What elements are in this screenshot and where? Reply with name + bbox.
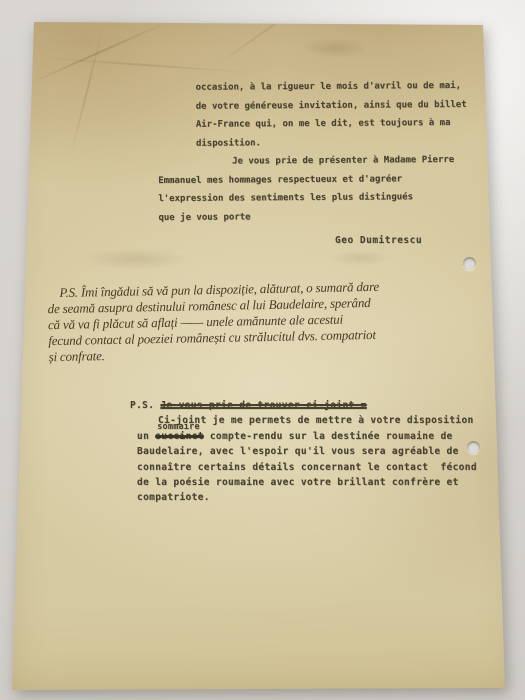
letter-page-wrap: occasion, à la rigueur le mois d'avril o… [0,0,525,700]
body-line: Air-France qui, on me le dit, est toujou… [150,114,467,135]
typed-correction: succinctsommaire [155,429,204,444]
crease-mark [25,20,172,87]
typed-letter-body: occasion, à la rigueur le mois d'avril o… [149,77,467,227]
punch-hole [463,257,476,270]
ps-line: un succinctsommaire compte-rendu sur la … [130,429,477,444]
pencil-smudge [300,38,370,58]
typed-postscript: P.S. Je vous prie de trouver ci-joint = … [130,398,477,506]
ps-label: P.S. [130,400,160,411]
ps-line-fragment: un [137,431,155,442]
pencil-smudge [330,250,390,266]
correction-word: sommaire [157,420,200,435]
ps-heading-line: P.S. Je vous prie de trouver ci-joint = [130,398,477,413]
struck-out-text: Je vous prie de trouver ci-joint = [160,400,366,411]
handwritten-postscript: P.S. Îmi îngădui să vă pun la dispoziție… [47,277,488,365]
signature-name: Geo Dumitrescu [335,235,422,246]
body-line: disposition. [150,132,467,153]
crease-mark [40,57,250,73]
ps-line: Baudelaire, avec l'espoir qu'il vous ser… [130,444,477,459]
body-line: Je vous prie de présenter à Madame Pierr… [150,151,467,172]
crease-mark [211,0,318,69]
crease-mark [70,28,103,155]
photo-background: occasion, à la rigueur le mois d'avril o… [0,0,525,700]
body-line: l'expression des sentiments les plus dis… [150,188,467,209]
body-line: de votre généreuse invitation, ainsi que… [150,95,467,116]
letter-paper: occasion, à la rigueur le mois d'avril o… [0,0,525,700]
body-line: occasion, à la rigueur le mois d'avril o… [149,77,466,98]
ps-line: connaître certains détails concernant le… [130,460,477,475]
ps-line: compatriote. [130,490,477,505]
pencil-smudge [80,248,190,270]
ps-line: de la poésie roumaine avec votre brillan… [130,475,477,490]
body-line: que je vous porte [150,206,467,227]
punch-hole [467,441,480,454]
body-line: Emmanuel mes hommages respectueux et d'a… [150,169,467,190]
ps-line-fragment: compte-rendu sur la destinée roumaine de [204,431,453,442]
